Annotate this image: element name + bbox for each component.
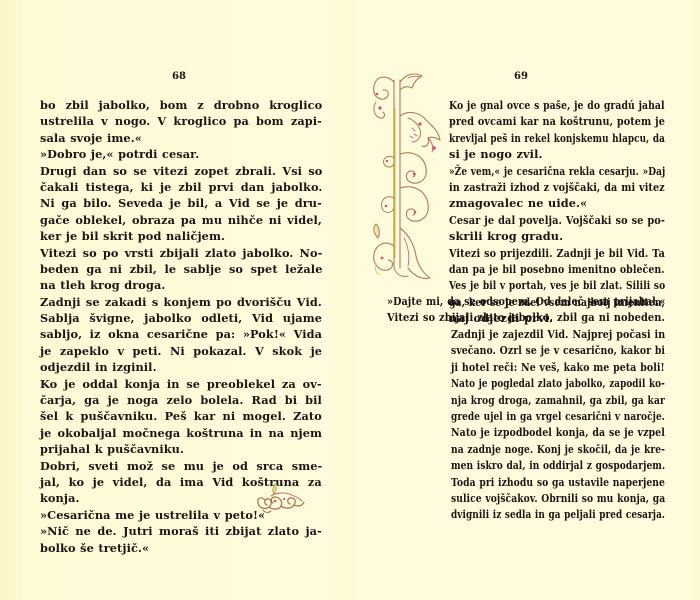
text-line: ji hotel reči: Ne veš, kako me peta boli… [451, 359, 665, 375]
text-line: ker je bil skrit pod naličjem. [40, 228, 322, 244]
text-line: Cesar je dal povelja. Vojščaki so se po- [449, 212, 665, 228]
text-line: »Nič ne de. Jutri moraš iti zbijat zlato… [40, 523, 322, 539]
text-line: »Že vem,« je cesarična rekla cesarju. »D… [449, 163, 665, 179]
text-line: je zapeklo v peti. Ni pokazal. V skok je [40, 343, 322, 359]
right-page-text-full-width: »Dajte mi, da se odsopem. Od daleč sem p… [387, 293, 665, 326]
text-line: gače oblekel, obraza pa mu nihče ni vide… [40, 212, 322, 228]
text-line: šel k puščavniku. Peš kar ni mogel. Zato [40, 408, 322, 424]
text-line: Zadnji se zakadi s konjem po dvorišču Vi… [40, 294, 322, 310]
right-page: 69 [350, 0, 700, 600]
text-line: je okobaljal močnega koštruna in na njem [40, 425, 322, 441]
text-line: dvignili iz sedla in ga peljali pred ces… [451, 506, 665, 522]
text-line: Vitezi so zbijali zlato jabolko, zbil ga… [387, 309, 665, 325]
text-line: odjezdil in izginil. [40, 359, 322, 375]
text-line: »Dobro je,« potrdi cesar. [40, 146, 322, 162]
text-line: svečano. Ozrl se je v cesarično, kakor b… [451, 342, 665, 358]
text-line: »Dajte mi, da se odsopem. Od daleč sem p… [387, 293, 665, 309]
floral-tailpiece-icon [253, 480, 307, 516]
text-line: čakali tistega, ki je zbil prvi dan jabo… [40, 179, 322, 195]
text-line: sala svoje ime.« [40, 130, 322, 146]
right-page-text-indented-2: Zadnji je zajezdil Vid. Najprej počasi i… [451, 326, 665, 523]
book-spread: 68 bo zbil jabolko, bom z drobno kroglic… [0, 0, 700, 600]
text-line: Zadnji je zajezdil Vid. Najprej počasi i… [451, 326, 665, 342]
text-line: men iskro dal, in oddirjal z gospodarjem… [451, 457, 665, 473]
text-line: Nato je pogledal zlato jabolko, zapodil … [451, 375, 665, 391]
text-line: na tleh krog droga. [40, 277, 322, 293]
text-line: skrili krog gradu. [449, 228, 665, 244]
text-line: si je nogo zvil. [449, 146, 665, 162]
text-line: krevljal peš in rekel konjskemu hlapcu, … [449, 130, 665, 146]
text-line: sabljo, iz okna cesarične pa: »Pok!« Vid… [40, 326, 322, 342]
text-line: Ko je oddal konja in se preoblekel za ov… [40, 376, 322, 392]
text-line: ustrelila v nogo. V kroglico pa bom zapi… [40, 113, 322, 129]
left-page: 68 bo zbil jabolko, bom z drobno kroglic… [0, 0, 350, 600]
page-number-left: 68 [172, 71, 186, 82]
decorated-initial-k-icon [368, 68, 446, 290]
text-line: Vitezi so prijezdili. Zadnji je bil Vid.… [449, 245, 665, 261]
text-line: Sablja švigne, jabolko odleti, Vid ujame [40, 310, 322, 326]
text-line: bo zbil jabolko, bom z drobno kroglico [40, 97, 322, 113]
text-line: Dobri, sveti mož se mu je od srca sme- [40, 458, 322, 474]
page-number-right: 69 [514, 71, 528, 82]
text-line: Ves je bil v portah, ves je bil zlat. Si… [449, 277, 665, 293]
text-line: grede ujel in ga vrgel cesarični v naroč… [451, 408, 665, 424]
text-line: Ko je gnal ovce s paše, je do gradú jaha… [449, 97, 665, 113]
text-line: na zadnje noge. Konj je skočil, da je kr… [451, 441, 665, 457]
text-line: čarja, ga je noga zelo bolela. Rad bi bi… [40, 392, 322, 408]
text-line: Drugi dan so se vitezi zopet zbrali. Vsi… [40, 163, 322, 179]
text-line: Vitezi so po vrsti zbijali zlato jabolko… [40, 245, 322, 261]
text-line: Ni ga bilo. Seveda je bil, a Vid se je d… [40, 195, 322, 211]
text-line: bolko še tretjič.« [40, 540, 322, 556]
text-line: prijahal k puščavniku. [40, 441, 322, 457]
text-line: dan pa je bil posebno imenitno oblečen. [449, 261, 665, 277]
text-line: beden ga ni zbil, le sablje so spet leža… [40, 261, 322, 277]
text-line: Toda pri izhodu so ga ustavile naperjene [451, 474, 665, 490]
text-line: Nato je izpodbodel konja, da se je vzpel [451, 424, 665, 440]
text-line: in zastraži izhod z vojščaki, da mi vite… [449, 179, 665, 195]
text-line: nja krog droga, zamahnil, ga zbil, ga ka… [451, 392, 665, 408]
text-line: pred ovcami kar na koštrunu, potem je [449, 113, 665, 129]
text-line: sulice vojščakov. Obrnili so mu konja, g… [451, 490, 665, 506]
text-line: zmagovalec ne uide.« [449, 195, 665, 211]
